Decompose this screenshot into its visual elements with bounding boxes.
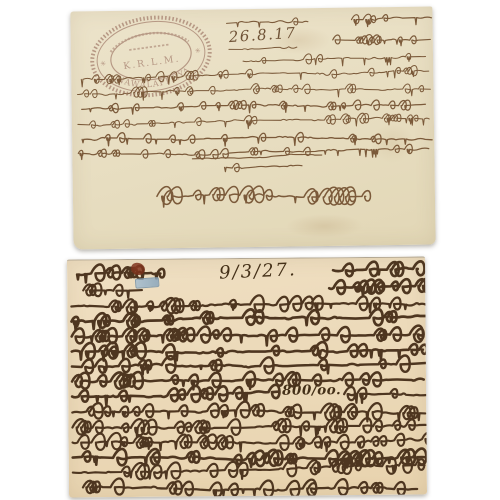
handwriting-stroke — [78, 112, 429, 131]
handwriting-stroke — [351, 13, 431, 27]
handwriting-stroke — [78, 144, 429, 161]
handwriting-stroke — [83, 283, 142, 298]
handwriting-stroke — [72, 400, 425, 424]
handwriting-stroke — [344, 386, 427, 403]
handwriting-stroke — [71, 308, 426, 331]
handwriting-stroke — [333, 261, 425, 276]
handwriting-stroke — [243, 52, 426, 67]
handwriting-layer-bottom — [67, 257, 427, 497]
handwriting-stroke — [157, 184, 371, 208]
postcard-bottom: 9/3/27. 800/oo. — [67, 256, 427, 497]
handwriting-stroke — [224, 163, 302, 172]
handwriting-stroke — [72, 325, 424, 348]
handwriting-stroke — [229, 47, 297, 50]
handwriting-stroke — [82, 98, 426, 115]
handwriting-stroke — [72, 416, 427, 438]
handwriting-stroke — [329, 279, 427, 297]
handwriting-stroke — [83, 476, 417, 498]
handwriting-stroke — [77, 81, 430, 101]
date-bottom-card: 9/3/27. — [219, 259, 298, 283]
photo-background: NAWALAPITIYA K.R.L.M. ✳ ✳ 26.8.17 9/3/27… — [0, 0, 500, 500]
handwriting-stroke — [82, 128, 432, 149]
handwriting-stroke — [333, 34, 431, 47]
sticker-residue — [135, 277, 160, 289]
amount-notation: 800/oo. — [282, 382, 341, 399]
postcard-top: NAWALAPITIYA K.R.L.M. ✳ ✳ 26.8.17 — [70, 6, 435, 249]
handwriting-stroke — [72, 370, 424, 391]
